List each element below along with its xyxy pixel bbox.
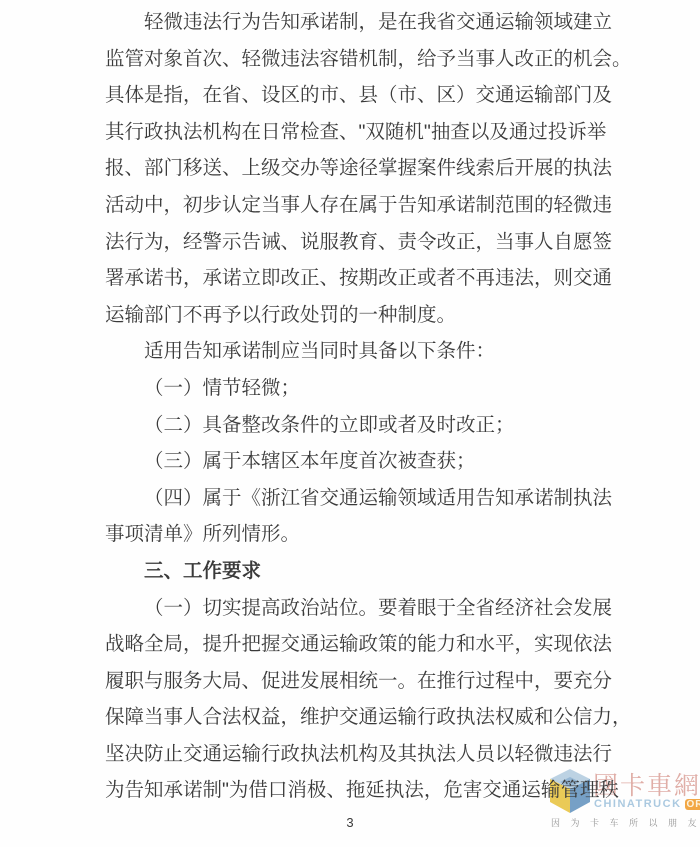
document-page: 國卡車網 CHINATRUCKORG 因为卡车所以朋友 轻微违法行为告知承诺制，… — [0, 0, 700, 847]
document-line: 战略全局，提升把握交通运输政策的能力和水平，实现依法 — [105, 626, 605, 663]
document-line: 监管对象首次、轻微违法容错机制，给予当事人改正的机会。 — [105, 41, 605, 78]
document-line: 具体是指，在省、设区的市、县（市、区）交通运输部门及 — [105, 77, 605, 114]
document-line: 三、工作要求 — [105, 553, 605, 590]
watermark-org-badge: ORG — [685, 799, 700, 810]
document-line: 法行为，经警示告诫、说服教育、责令改正，当事人自愿签 — [105, 224, 605, 261]
document-line: 为告知承诺制"为借口消极、拖延执法，危害交通运输管理秩 — [105, 772, 605, 809]
document-line: 署承诺书，承诺立即改正、按期改正或者不再违法，则交通 — [105, 260, 605, 297]
document-body: 轻微违法行为告知承诺制，是在我省交通运输领域建立监管对象首次、轻微违法容错机制，… — [105, 4, 605, 809]
document-line: 事项清单》所列情形。 — [105, 516, 605, 553]
document-line: 活动中，初步认定当事人存在属于告知承诺制范围的轻微违 — [105, 187, 605, 224]
document-line: （四）属于《浙江省交通运输领域适用告知承诺制执法 — [105, 480, 605, 517]
document-line: 适用告知承诺制应当同时具备以下条件： — [105, 333, 605, 370]
document-line: 其行政执法机构在日常检查、"双随机"抽查以及通过投诉举 — [105, 114, 605, 151]
document-line: 轻微违法行为告知承诺制，是在我省交通运输领域建立 — [105, 4, 605, 41]
document-line: （二）具备整改条件的立即或者及时改正； — [105, 407, 605, 444]
document-line: 报、部门移送、上级交办等途径掌握案件线索后开展的执法 — [105, 150, 605, 187]
document-line: 履职与服务大局、促进发展相统一。在推行过程中，要充分 — [105, 663, 605, 700]
document-line: （三）属于本辖区本年度首次被查获； — [105, 443, 605, 480]
document-line: 坚决防止交通运输行政执法机构及其执法人员以轻微违法行 — [105, 736, 605, 773]
document-line: （一）切实提高政治站位。要着眼于全省经济社会发展 — [105, 590, 605, 627]
document-line: （一）情节轻微； — [105, 370, 605, 407]
page-number: 3 — [0, 815, 700, 830]
document-line: 保障当事人合法权益，维护交通运输行政执法权威和公信力， — [105, 699, 605, 736]
document-line: 运输部门不再予以行政处罚的一种制度。 — [105, 297, 605, 334]
